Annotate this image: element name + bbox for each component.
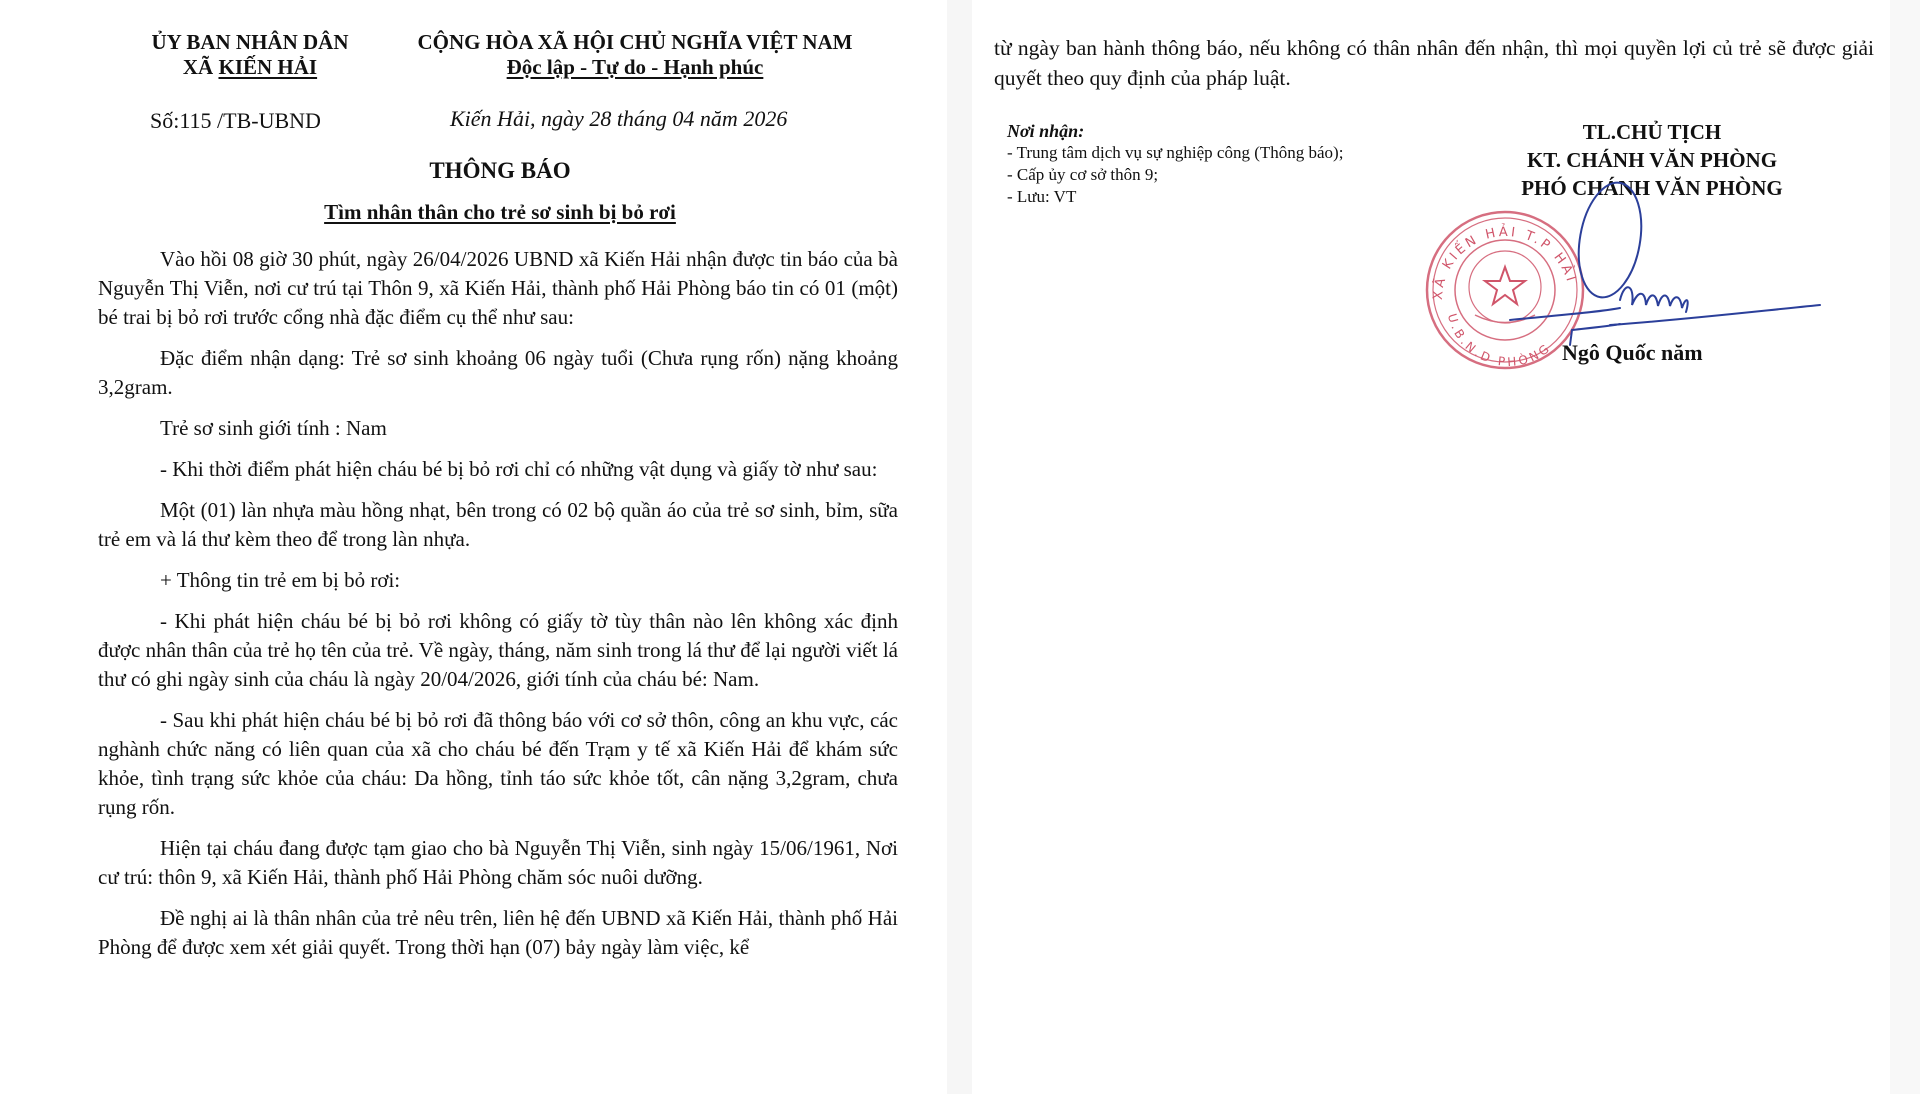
issuing-authority: ỦY BAN NHÂN DÂN XÃ KIẾN HẢI <box>130 30 370 80</box>
paragraph: - Khi thời điểm phát hiện cháu bé bị bỏ … <box>98 455 898 484</box>
paragraph: Đặc điểm nhận dạng: Trẻ sơ sinh khoảng 0… <box>98 344 898 402</box>
signer-name: Ngô Quốc năm <box>1562 340 1703 366</box>
authority-line-2: XÃ KIẾN HẢI <box>130 55 370 80</box>
paragraph: - Khi phát hiện cháu bé bị bỏ rơi không … <box>98 607 898 694</box>
national-motto: CỘNG HÒA XÃ HỘI CHỦ NGHĨA VIỆT NAM Độc l… <box>400 30 870 80</box>
handwritten-signature-icon <box>1420 180 1860 350</box>
paragraph: - Sau khi phát hiện cháu bé bị bỏ rơi đã… <box>98 706 898 822</box>
paragraph: Vào hồi 08 giờ 30 phút, ngày 26/04/2026 … <box>98 245 898 332</box>
signature-title-1: TL.CHỦ TỊCH <box>1442 118 1862 146</box>
document-title: THÔNG BÁO <box>0 158 1000 184</box>
recipient-item: - Trung tâm dịch vụ sự nghiệp công (Thôn… <box>1007 142 1427 164</box>
document-page-2: từ ngày ban hành thông báo, nếu không có… <box>972 0 1890 1094</box>
recipients-label: Nơi nhận: <box>1007 120 1427 142</box>
signature-title-2: KT. CHÁNH VĂN PHÒNG <box>1442 146 1862 174</box>
document-subtitle: Tìm nhân thân cho trẻ sơ sinh bị bỏ rơi <box>0 200 1000 225</box>
nation-name: CỘNG HÒA XÃ HỘI CHỦ NGHĨA VIỆT NAM <box>400 30 870 55</box>
paragraph: + Thông tin trẻ em bị bỏ rơi: <box>98 566 898 595</box>
recipient-item: - Cấp ủy cơ sở thôn 9; <box>1007 164 1427 186</box>
document-body: Vào hồi 08 giờ 30 phút, ngày 26/04/2026 … <box>98 245 898 974</box>
page-gutter <box>947 0 972 1094</box>
continued-paragraph: từ ngày ban hành thông báo, nếu không có… <box>994 33 1874 93</box>
date-line: Kiến Hải, ngày 28 tháng 04 năm 2026 <box>450 106 787 132</box>
recipients-block: Nơi nhận: - Trung tâm dịch vụ sự nghiệp … <box>1007 120 1427 208</box>
paragraph: Hiện tại cháu đang được tạm giao cho bà … <box>98 834 898 892</box>
recipient-item: - Lưu: VT <box>1007 186 1427 208</box>
right-margin <box>1890 0 1920 1094</box>
document-page-1: ỦY BAN NHÂN DÂN XÃ KIẾN HẢI CỘNG HÒA XÃ … <box>0 0 947 1094</box>
authority-line-1: ỦY BAN NHÂN DÂN <box>130 30 370 55</box>
paragraph: Trẻ sơ sinh giới tính : Nam <box>98 414 898 443</box>
paragraph: Một (01) làn nhựa màu hồng nhạt, bên tro… <box>98 496 898 554</box>
document-number: Số:115 /TB-UBND <box>150 108 321 134</box>
paragraph: Đề nghị ai là thân nhân của trẻ nêu trên… <box>98 904 898 962</box>
motto: Độc lập - Tự do - Hạnh phúc <box>400 55 870 80</box>
